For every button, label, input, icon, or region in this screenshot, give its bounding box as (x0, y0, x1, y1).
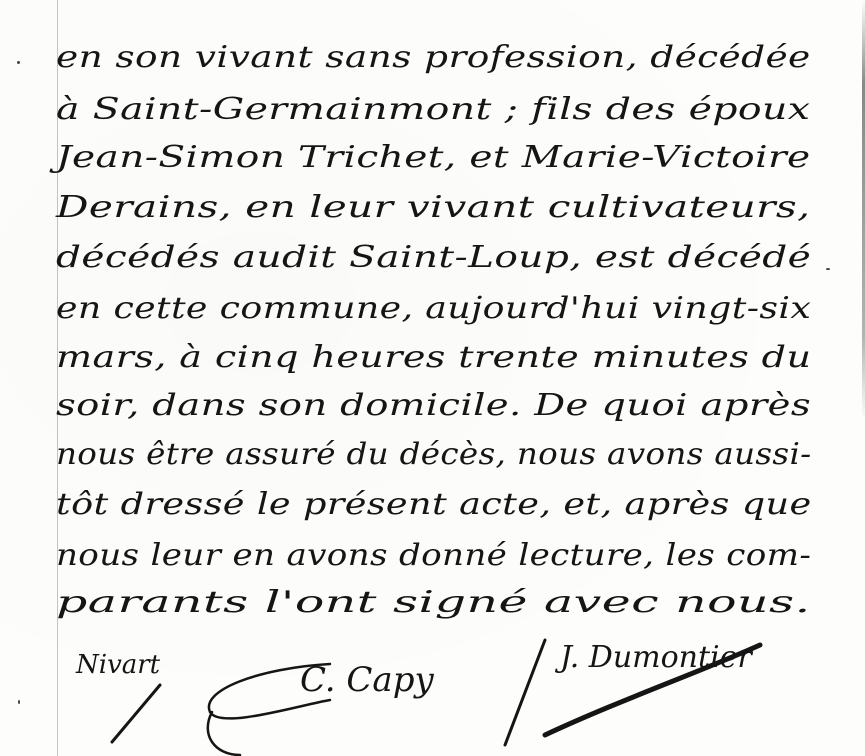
document-page: en son vivant sans profession, décédée à… (0, 0, 865, 756)
signature-flourishes (0, 0, 865, 756)
